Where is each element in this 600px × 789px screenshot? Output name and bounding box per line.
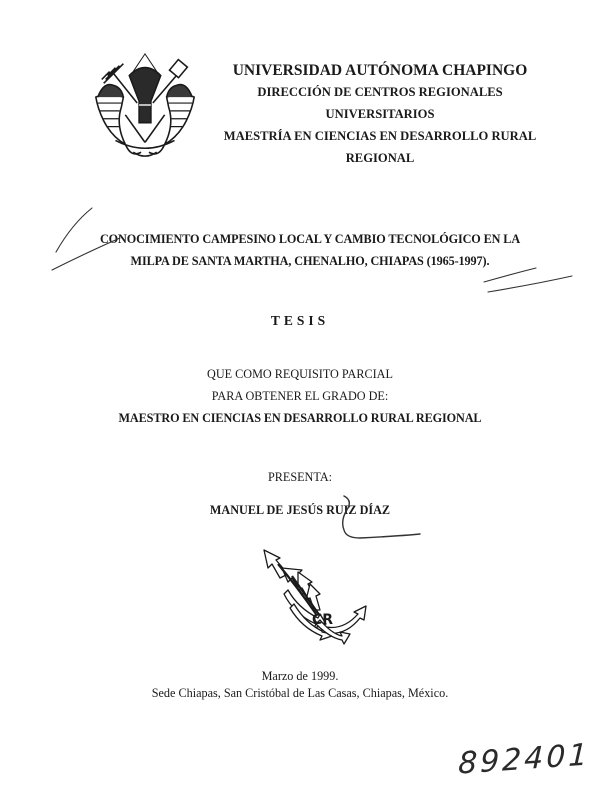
- degree-name: MAESTRO EN CIENCIAS EN DESARROLLO RURAL …: [0, 407, 600, 429]
- pencil-stroke-mark: [488, 276, 572, 292]
- requirement-line-2: PARA OBTENER EL GRADO DE:: [0, 385, 600, 407]
- document-type-heading: TESIS: [0, 313, 600, 329]
- submission-location: Sede Chiapas, San Cristóbal de Las Casas…: [0, 685, 600, 702]
- division-line-2: UNIVERSITARIOS: [205, 103, 555, 125]
- program-line-1: MAESTRÍA EN CIENCIAS EN DESARROLLO RURAL: [205, 125, 555, 147]
- program-line-2: REGIONAL: [205, 147, 555, 169]
- thesis-title-line-2: MILPA DE SANTA MARTHA, CHENALHO, CHIAPAS…: [90, 250, 530, 272]
- cover-footer: Marzo de 1999. Sede Chiapas, San Cristób…: [0, 668, 600, 702]
- pencil-slash-mark: [56, 208, 92, 252]
- degree-requirement: QUE COMO REQUISITO PARCIAL PARA OBTENER …: [0, 363, 600, 429]
- author-name: MANUEL DE JESÚS RUIZ DÍAZ: [0, 503, 600, 518]
- handwritten-catalog-number: 892401: [458, 737, 591, 781]
- svg-text:CR: CR: [312, 612, 333, 628]
- thesis-title: CONOCIMIENTO CAMPESINO LOCAL Y CAMBIO TE…: [90, 228, 530, 272]
- university-crest-icon: [86, 46, 204, 164]
- presents-label: PRESENTA:: [0, 470, 600, 485]
- thesis-title-line-1: CONOCIMIENTO CAMPESINO LOCAL Y CAMBIO TE…: [90, 228, 530, 250]
- institution-header: UNIVERSIDAD AUTÓNOMA CHAPINGO DIRECCIÓN …: [205, 61, 555, 169]
- thesis-cover-page: UNIVERSIDAD AUTÓNOMA CHAPINGO DIRECCIÓN …: [0, 0, 600, 789]
- university-name: UNIVERSIDAD AUTÓNOMA CHAPINGO: [205, 61, 555, 81]
- submission-date: Marzo de 1999.: [0, 668, 600, 685]
- division-line-1: DIRECCIÓN DE CENTROS REGIONALES: [205, 81, 555, 103]
- requirement-line-1: QUE COMO REQUISITO PARCIAL: [0, 363, 600, 385]
- regional-centers-emblem-icon: CR: [258, 548, 408, 648]
